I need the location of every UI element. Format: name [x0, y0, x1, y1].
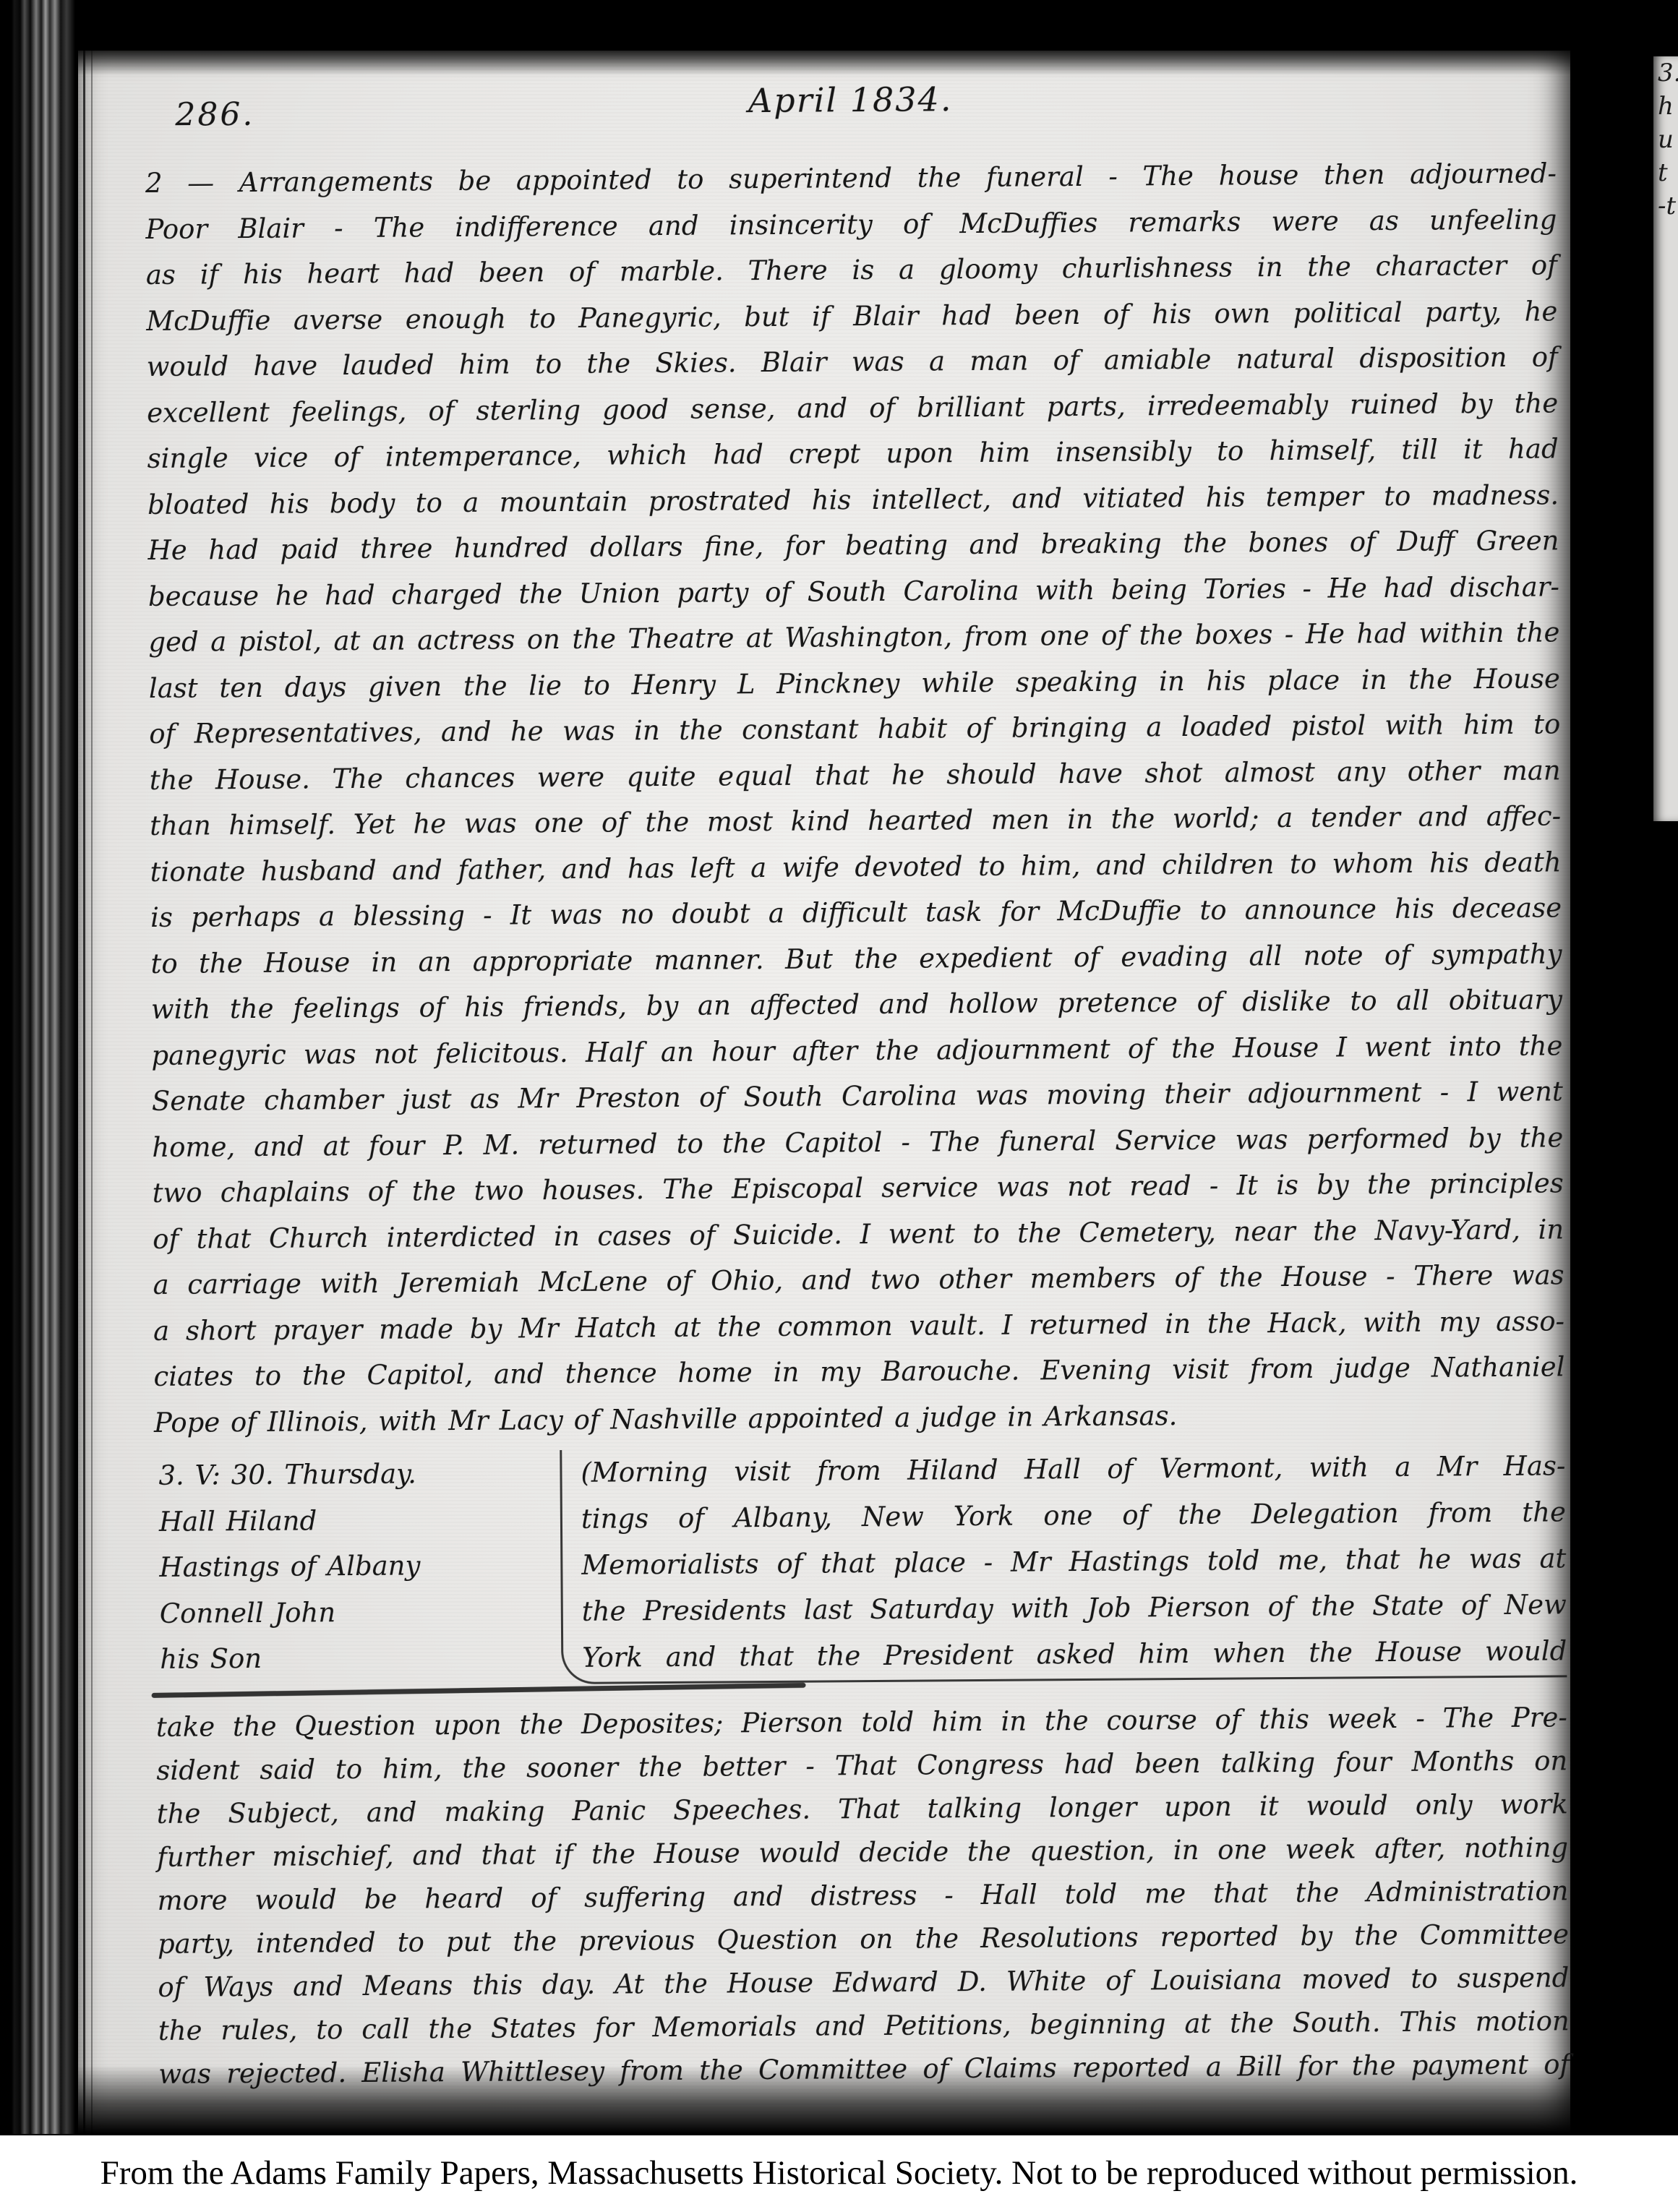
facing-page-fragment: h: [1653, 90, 1678, 123]
margin-note-line: Connell John: [160, 1588, 561, 1637]
date-heading: April 1834.: [145, 78, 1556, 121]
facing-page-fragment: -t: [1653, 189, 1678, 223]
facing-page-fragment: 3.: [1653, 56, 1678, 90]
book-binding: [0, 0, 78, 2134]
entry-april-3-continued: take the Question upon the Deposites; Pi…: [156, 1696, 1570, 2096]
manuscript-line: tings of Albany, New York one of the Del…: [581, 1489, 1566, 1543]
margin-note: 3. V: 30. Thursday.Hall HilandHastings o…: [154, 1450, 561, 1682]
entry-april-2: 2 — Arrangements be appointed to superin…: [145, 150, 1565, 1446]
margin-note-line: 3. V: 30. Thursday.: [158, 1450, 560, 1499]
manuscript-line: (Morning visit from Hiland Hall of Vermo…: [581, 1443, 1565, 1496]
caption-bar: From the Adams Family Papers, Massachuse…: [0, 2135, 1678, 2212]
underline-stroke: [152, 1682, 806, 1697]
handwritten-content: 286. April 1834. 2 — Arrangements be app…: [145, 69, 1570, 2096]
facing-page-fragment: t: [1653, 156, 1678, 189]
page-edge-lines: [83, 51, 93, 2134]
indented-text-block: (Morning visit from Hiland Hall of Vermo…: [560, 1443, 1567, 1684]
margin-note-line: Hastings of Albany: [159, 1542, 560, 1590]
caption-text: From the Adams Family Papers, Massachuse…: [0, 2155, 1678, 2192]
page-header: 286. April 1834.: [145, 69, 1557, 152]
page-top-shadow: [78, 51, 1570, 75]
page-bottom-shadow: [78, 2065, 1570, 2134]
entry-april-3: 3. V: 30. Thursday.Hall HilandHastings o…: [154, 1443, 1567, 1682]
facing-page-fragment: u: [1653, 123, 1678, 156]
manuscript-scan: 286. April 1834. 2 — Arrangements be app…: [0, 0, 1678, 2212]
manuscript-line: the Presidents last Saturday with Job Pi…: [582, 1582, 1567, 1635]
manuscript-line: Memorialists of that place - Mr Hastings…: [581, 1535, 1566, 1589]
margin-note-line: Hall Hiland: [159, 1496, 560, 1545]
facing-page-sliver: 3.hut-t: [1653, 56, 1678, 821]
margin-note-line: his Son: [160, 1634, 561, 1682]
manuscript-line: Pope of Illinois, with Mr Lacy of Nashvi…: [154, 1390, 1565, 1446]
diary-page: 286. April 1834. 2 — Arrangements be app…: [78, 51, 1570, 2134]
